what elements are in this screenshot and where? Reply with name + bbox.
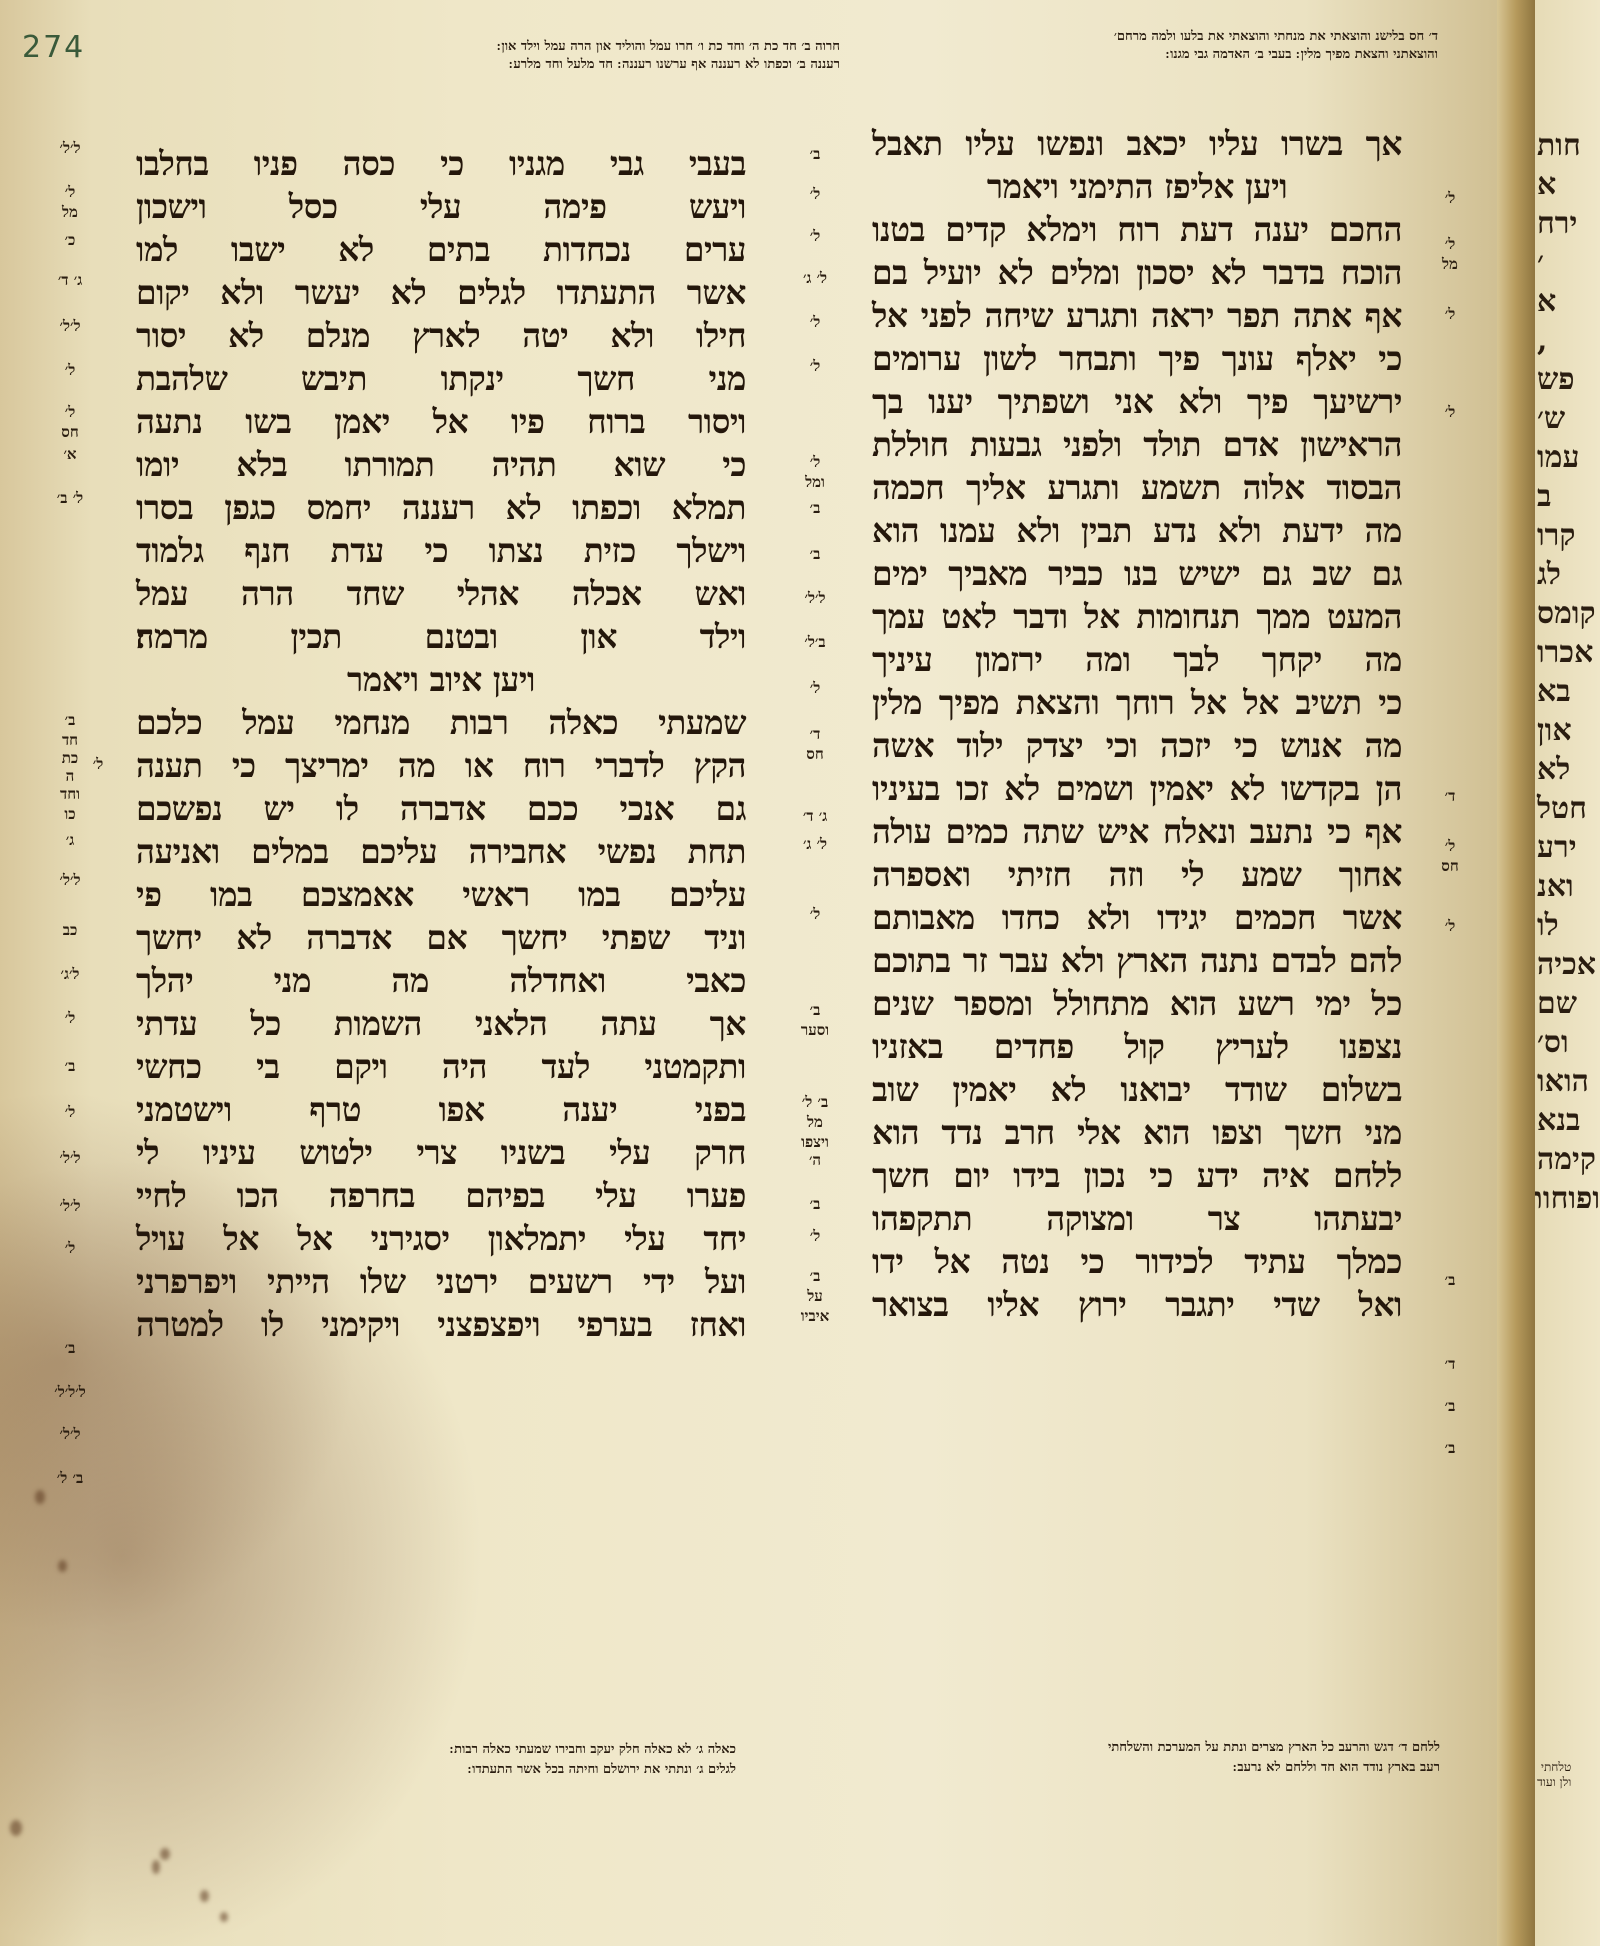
text-line: ויסור ברוח פיו אל יאמן בשו נתעה xyxy=(136,400,746,443)
text-line: אך עתה הלאני השמות כל עדתי xyxy=(136,1002,746,1045)
masora-magna-bottom-left: כאלה ג׳ לא כאלה חלק יעקב וחבירו שמעתי כא… xyxy=(246,1740,736,1780)
masora-parva-note: חס xyxy=(1420,858,1480,874)
text-line: תמלא וכפתו לא רעננה יחמס כגפן בסרו xyxy=(136,486,746,529)
masora-parva-note: ל׳ xyxy=(1420,838,1480,854)
masora-parva-note: ל׳ xyxy=(40,404,100,420)
adjacent-text-line: פש xyxy=(1535,360,1600,399)
stain-mark xyxy=(160,1848,170,1860)
adjacent-page-fragment: חותאירח׳א,פשש׳עמובקרולגקומסאכרובאאוןלאחט… xyxy=(1535,0,1600,1946)
text-line: כאבי ואחדלה מה מני יהלך xyxy=(136,959,746,1002)
masora-parva-note: ל׳ xyxy=(40,362,100,378)
text-line: כי תשיב אל אל רוחך והצאת מפיך מלין xyxy=(872,681,1402,724)
masora-parva-note: מל xyxy=(785,1114,845,1130)
footnote-line: טלחתי xyxy=(1537,1760,1571,1775)
masora-parva-note: ד׳ xyxy=(785,726,845,742)
masora-parva-note: ל׳ ג׳ xyxy=(785,836,845,852)
stain-mark xyxy=(10,1820,22,1836)
masora-magna-top-left: חרוה ב׳ חד כת ה׳ וחד כת ו׳ חרו עמל והולי… xyxy=(140,38,840,74)
masora-parva-note: וחד xyxy=(40,786,100,802)
masora-parva-note: ב׳ xyxy=(785,1268,845,1284)
masora-parva-note: ל׳ל׳ xyxy=(40,872,100,888)
masora-parva-note: ל׳ xyxy=(40,1240,100,1256)
adjacent-text-line: הואו xyxy=(1535,1062,1600,1101)
masora-parva-note: ל׳ג׳ xyxy=(40,966,100,982)
masora-line: ד׳ חס בלישנ והוצאתי את מנחתי והוצאתי את … xyxy=(898,28,1438,46)
masora-parva-note: ב׳ xyxy=(785,1196,845,1212)
text-line: אחוך שמע לי וזה חזיתי ואספרה xyxy=(872,853,1402,896)
text-line: מה יקחך לבך ומה ירזמון עיניך xyxy=(872,638,1402,681)
masora-parva-note: מל xyxy=(40,204,100,220)
masora-parva-note: ל׳ xyxy=(785,680,845,696)
text-line: ועל ידי רשעים ירטני שלו הייתי ויפרפרני xyxy=(136,1260,746,1303)
masora-parva-note: ל׳ xyxy=(40,184,100,200)
text-line: עליכם במו ראשי אאמצכם במו פי xyxy=(136,873,746,916)
adjacent-text-line: א xyxy=(1535,282,1600,321)
masora-parva-note: ב׳ xyxy=(40,1058,100,1074)
adjacent-text-line: , xyxy=(1535,321,1600,360)
masora-parva-note: ל׳ xyxy=(1420,404,1480,420)
masora-parva-note: ב׳ל׳ xyxy=(785,634,845,650)
adjacent-text-line: עמו xyxy=(1535,438,1600,477)
text-line: תחת נפשי אחבירה עליכם במלים ואניעה xyxy=(136,830,746,873)
text-line: חרק עלי בשניו צרי ילטוש עיניו לי xyxy=(136,1131,746,1174)
text-line: נצפנו לעריץ קול פחדים באזניו xyxy=(872,1025,1402,1068)
masora-parva-note: ד׳ xyxy=(1420,1356,1480,1372)
masora-parva-note: ב׳ xyxy=(1420,1398,1480,1414)
masora-parva-note: ויצפו xyxy=(785,1134,845,1150)
text-line: יבעתהו צר ומצוקה תתקפהו xyxy=(872,1197,1402,1240)
adjacent-text-line: קימה xyxy=(1535,1140,1600,1179)
text-line: כמלך עתיד לכידור כי נטה אל ידו xyxy=(872,1240,1402,1283)
text-line: ואש אכלה אהלי שחד הרה עמל xyxy=(136,572,746,615)
text-line: אך בשרו עליו יכאב ונפשו עליו תאבל xyxy=(872,122,1402,165)
stain-mark xyxy=(58,1560,67,1572)
masora-parva-note: וסער xyxy=(785,1022,845,1038)
masora-parva-note: ל׳ל׳ xyxy=(785,590,845,606)
text-line: פערו עלי בפיהם בחרפה הכו לחיי xyxy=(136,1174,746,1217)
text-line: כי שוא תהיה תמורתו בלא יומו xyxy=(136,443,746,486)
adjacent-text-line: קומס xyxy=(1535,594,1600,633)
masora-parva-note: ב׳ ל׳ xyxy=(40,1470,100,1486)
text-line: ערים נכחדות בתים לא ישבו למו xyxy=(136,228,746,271)
masora-line: חרוה ב׳ חד כת ה׳ וחד כת ו׳ חרו עמל והולי… xyxy=(140,38,840,56)
text-line: ותקמטני לעד היה ויקם בי כחשי xyxy=(136,1045,746,1088)
text-line: מה אנוש כי יזכה וכי יצדק ילוד אשה xyxy=(872,724,1402,767)
masora-parva-note: ומל xyxy=(785,474,845,490)
text-line: ללחם איה ידע כי נכון בידו יום חשך xyxy=(872,1154,1402,1197)
text-line: הוכח בדבר לא יסכון ומלים לא יועיל בם xyxy=(872,251,1402,294)
adjacent-text-line: לא xyxy=(1535,750,1600,789)
masora-parva-note: ל׳ xyxy=(68,756,128,772)
masora-parva-note: ב׳ xyxy=(785,500,845,516)
masora-parva-note: ב׳ ל׳ xyxy=(785,1094,845,1110)
masora-parva-note: ב׳ xyxy=(40,712,100,728)
masora-parva-note: ב׳ xyxy=(785,146,845,162)
masora-parva-note: ב׳ xyxy=(1420,1440,1480,1456)
text-line: ירשיעך פיך ולא אני ושפתיך יענו בך xyxy=(872,380,1402,423)
stain-mark xyxy=(35,1490,45,1504)
text-line: בעבי גבי מגניו כי כסה פניו בחלבו xyxy=(136,142,746,185)
masora-parva-note: ג׳ xyxy=(40,832,100,848)
masora-parva-note: ל׳ xyxy=(785,454,845,470)
masora-line: ללחם ד׳ דגש והרעב כל הארץ מצרים ונתת על … xyxy=(890,1738,1440,1758)
masora-parva-note: ל׳ל׳ xyxy=(40,1150,100,1166)
masora-parva-note: ל׳ ב׳ xyxy=(40,490,100,506)
adjacent-text-line: חות xyxy=(1535,126,1600,165)
adjacent-text-line: חטל xyxy=(1535,789,1600,828)
masora-parva-note: ל׳ xyxy=(40,1104,100,1120)
masora-parva-note: ל׳ל׳ xyxy=(40,318,100,334)
masora-line: לגלים ג׳ ונתתי את ירושלם וחיתה בכל אשר ה… xyxy=(246,1760,736,1780)
text-line: שמעתי כאלה רבות מנחמי עמל כלכם xyxy=(136,701,746,744)
text-line: המעט ממך תנחומות אל ודבר לאט עמך xyxy=(872,595,1402,638)
masora-parva-note: ג׳ ד׳ xyxy=(785,808,845,824)
text-line: אשר חכמים יגידו ולא כחדו מאבותם xyxy=(872,896,1402,939)
masora-parva-note: ל׳ xyxy=(785,228,845,244)
text-line: ויען איוב ויאמר xyxy=(136,658,746,701)
adjacent-text-line: אכיה xyxy=(1535,945,1600,984)
footnote-line: ולן ועוד xyxy=(1537,1775,1571,1790)
adjacent-text-line: א xyxy=(1535,165,1600,204)
masora-line: רעננה ב׳ וכפתו לא רעננה אף ערשנו רעננה ׃… xyxy=(140,56,840,74)
adjacent-text-line: בא xyxy=(1535,672,1600,711)
text-line: הקץ לדברי רוח או מה ימריצך כי תענה xyxy=(136,744,746,787)
adjacent-text-line: לג xyxy=(1535,555,1600,594)
masora-parva-note: ב׳ xyxy=(785,1002,845,1018)
text-line: גם שב גם ישיש בנו כביר מאביך ימים xyxy=(872,552,1402,595)
text-line: אף אתה תפר יראה ותגרע שיחה לפני אל xyxy=(872,294,1402,337)
masora-parva-note: ל׳ xyxy=(785,1228,845,1244)
adjacent-text-line: אכרו xyxy=(1535,633,1600,672)
masora-parva-note: ל׳ל׳ל׳ xyxy=(40,1384,100,1400)
adjacent-text-line: בנא xyxy=(1535,1101,1600,1140)
masora-parva-note: על xyxy=(785,1288,845,1304)
masora-magna-top-right: ד׳ חס בלישנ והוצאתי את מנחתי והוצאתי את … xyxy=(898,28,1438,64)
text-line: חילו ולא יטה לארץ מנלם לא יסור xyxy=(136,314,746,357)
masora-parva-note: כו xyxy=(40,806,100,822)
masora-parva-note: ב׳ xyxy=(785,546,845,562)
masora-parva-note: ל׳ xyxy=(1420,236,1480,252)
adjacent-text-line: און xyxy=(1535,711,1600,750)
masora-line: והוצאתני והצאת מפיך מלין ׃ בעבי ב׳ האדמה… xyxy=(898,46,1438,64)
adjacent-text-line: ש׳ xyxy=(1535,399,1600,438)
masora-line: כאלה ג׳ לא כאלה חלק יעקב וחבירו שמעתי כא… xyxy=(246,1740,736,1760)
adjacent-text-line: לו xyxy=(1535,906,1600,945)
masora-parva-note: ל׳ ג׳ xyxy=(785,270,845,286)
masora-parva-note: חד xyxy=(40,732,100,748)
masora-magna-bottom-right: ללחם ד׳ דגש והרעב כל הארץ מצרים ונתת על … xyxy=(890,1738,1440,1778)
text-line: ויען אליפז התימני ויאמר xyxy=(872,165,1402,208)
masora-parva-note: ל׳ל׳ xyxy=(40,140,100,156)
masora-parva-note: ל׳ל׳ xyxy=(40,1198,100,1214)
text-line: אף כי נתעב ונאלח איש שתה כמים עולה xyxy=(872,810,1402,853)
adjacent-page-lines: חותאירח׳א,פשש׳עמובקרולגקומסאכרובאאוןלאחט… xyxy=(1535,126,1600,1218)
masora-parva-note: ב׳ xyxy=(40,1340,100,1356)
masora-parva-note: כ׳ xyxy=(40,232,100,248)
adjacent-text-line: ירע xyxy=(1535,828,1600,867)
text-line: ואל שדי יתגבר ירוץ אליו בצואר xyxy=(872,1283,1402,1326)
book-gutter xyxy=(1497,0,1535,1946)
text-line: בשלום שודד יבואנו לא יאמין שוב xyxy=(872,1068,1402,1111)
text-line: מני חשך וצפו הוא אלי חרב נדד הוא xyxy=(872,1111,1402,1154)
masora-parva-note: ל׳ xyxy=(785,314,845,330)
stain-mark xyxy=(152,1860,160,1874)
masora-parva-note: ל׳ xyxy=(40,1010,100,1026)
masora-parva-note: ל׳ xyxy=(785,906,845,922)
adjacent-text-line: ירח xyxy=(1535,204,1600,243)
masora-parva-note: כב xyxy=(40,922,100,938)
text-line: מה ידעת ולא נדע תבין ולא עמנו הוא xyxy=(872,509,1402,552)
text-line: מני חשך ינקתו תיבש שלהבת xyxy=(136,357,746,400)
text-line: החכם יענה דעת רוח וימלא קדים בטנו xyxy=(872,208,1402,251)
masora-parva-note: ה׳ xyxy=(785,1152,845,1168)
manuscript-page: 274 חרוה ב׳ חד כת ה׳ וחד כת ו׳ חרו עמל ו… xyxy=(0,0,1535,1946)
adjacent-text-line: ואנ xyxy=(1535,867,1600,906)
text-line: כי יאלף עונך פיך ותבחר לשון ערומים xyxy=(872,337,1402,380)
masora-line: רעב בארץ נודד הוא חד וללחם לא נרעב ׃ xyxy=(890,1758,1440,1778)
masora-parva-note: חס xyxy=(785,746,845,762)
masora-parva-note: ל׳ xyxy=(785,186,845,202)
text-line: להם לבדם נתנה הארץ ולא עבר זר בתוכם xyxy=(872,939,1402,982)
stain-mark xyxy=(200,1890,209,1902)
text-line: וניד שפתי יחשך אם אדברה לא יחשך xyxy=(136,916,746,959)
masora-parva-note: ד׳ xyxy=(1420,788,1480,804)
adjacent-text-line: וס׳ xyxy=(1535,1023,1600,1062)
text-line: ויעש פימה עלי כסל וישכון xyxy=(136,185,746,228)
masora-parva-note: א׳ xyxy=(40,446,100,462)
masora-parva-note: ג׳ ד׳ xyxy=(40,272,100,288)
masora-parva-note: ל׳ xyxy=(785,358,845,374)
adjacent-text-line: ׳ xyxy=(1535,243,1600,282)
folio-number: 274 xyxy=(22,30,85,65)
adjacent-page-footnote: טלחתי ולן ועוד xyxy=(1537,1760,1571,1790)
text-line: יחד עלי יתמלאון יסגירני אל אל עויל xyxy=(136,1217,746,1260)
text-line: הראישון אדם תולד ולפני גבעות חוללת xyxy=(872,423,1402,466)
text-line: כל ימי רשע הוא מתחולל ומספר שנים xyxy=(872,982,1402,1025)
text-line: ואחז בערפי ויפצפצני ויקימני לו למטרה xyxy=(136,1303,746,1346)
adjacent-text-line: ב xyxy=(1535,477,1600,516)
masora-parva-note: ב׳ xyxy=(1420,1272,1480,1288)
text-column-left: בעבי גבי מגניו כי כסה פניו בחלבוויעש פימ… xyxy=(136,142,746,1346)
masora-parva-note: ל׳ל׳ xyxy=(40,1426,100,1442)
masora-parva-note: איביו xyxy=(785,1308,845,1324)
adjacent-text-line: קרו xyxy=(1535,516,1600,555)
masora-parva-note: ל׳ xyxy=(1420,918,1480,934)
text-column-right: אך בשרו עליו יכאב ונפשו עליו תאבלויען אל… xyxy=(872,122,1402,1326)
masora-parva-note: חס xyxy=(40,424,100,440)
text-line: אשר התעתדו לגלים לא יעשר ולא יקום xyxy=(136,271,746,314)
masora-parva-note: מל xyxy=(1420,256,1480,272)
text-line: וילד און ובטנם תכין מרמה׃ xyxy=(136,615,746,658)
text-line: גם אנכי ככם אדברה לו יש נפשכם xyxy=(136,787,746,830)
text-line: הן בקדשו לא יאמין ושמים לא זכו בעיניו xyxy=(872,767,1402,810)
stain-mark xyxy=(220,1912,228,1922)
adjacent-text-line: ופוחות xyxy=(1535,1179,1600,1218)
text-line: הבסוד אלוה תשמע ותגרע אליך חכמה xyxy=(872,466,1402,509)
adjacent-text-line: שם xyxy=(1535,984,1600,1023)
text-line: בפני יענה אפו טרף וישטמני xyxy=(136,1088,746,1131)
masora-parva-note: ל׳ xyxy=(1420,190,1480,206)
masora-parva-note: ל׳ xyxy=(1420,306,1480,322)
text-line: וישלך כזית נצתו כי עדת חנף גלמוד xyxy=(136,529,746,572)
